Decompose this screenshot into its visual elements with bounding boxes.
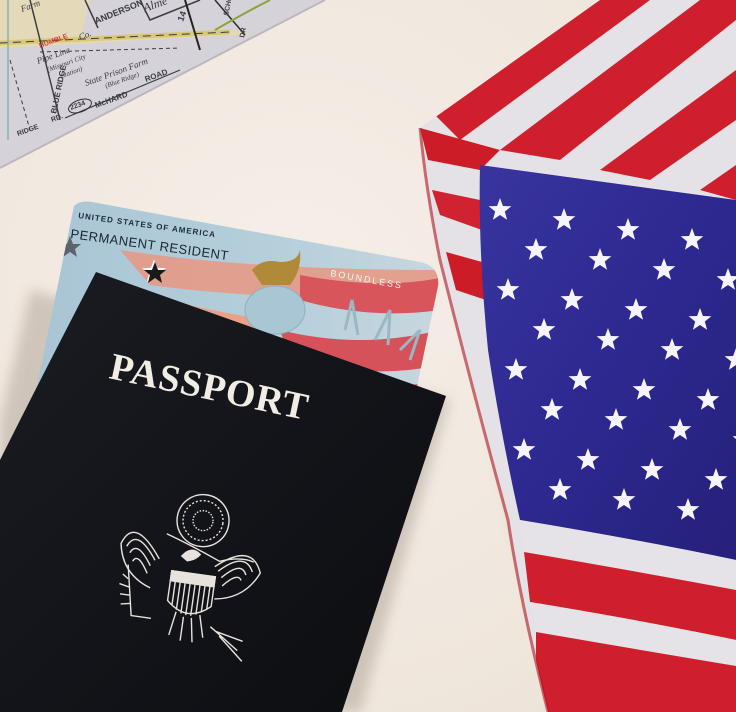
photo-canvas: ANDERSON Alme HUMBLE Co. Pipe Line (Miss… [0,0,736,712]
american-flag [400,0,736,712]
photo-scene: ANDERSON Alme HUMBLE Co. Pipe Line (Miss… [0,0,736,712]
road-map: ANDERSON Alme HUMBLE Co. Pipe Line (Miss… [0,0,330,170]
